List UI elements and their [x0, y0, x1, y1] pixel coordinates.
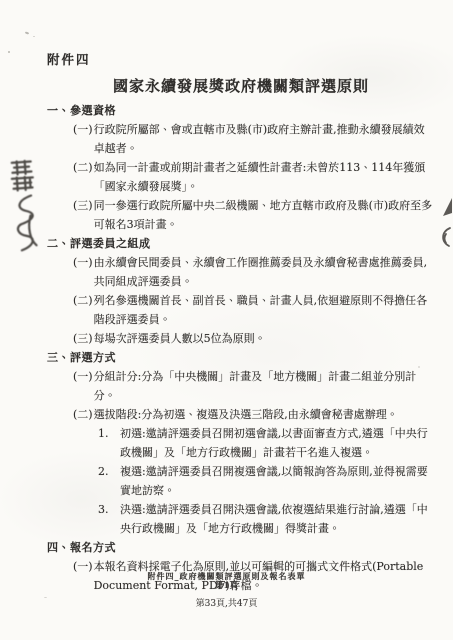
item-text: 如為同一計畫或前期計畫者之延續性計畫者:未曾於113、114年獲頒「國家永續發展…: [94, 158, 435, 196]
item-marker: (一): [73, 253, 93, 272]
item-text: 列名參選機關首長、副首長、職員、計畫人員,依迴避原則不得擔任各階段評選委員。: [94, 291, 435, 329]
numbered-item: 1. 初選:邀請評選委員召開初選會議,以書面審查方式,遴選「中央行政機關」及「地…: [98, 424, 435, 462]
item-text: 複選:邀請評選委員召開複選會議,以簡報詢答為原則,並得視需要實地訪察。: [120, 462, 435, 500]
item-text: 分組計分:分為「中央機關」計畫及「地方機關」計畫二組並分別計分。: [94, 367, 435, 405]
item-text: 同一參選行政院所屬中央二級機關、地方直轄市政府及縣(市)政府至多可報名3項計畫。: [94, 196, 435, 234]
item-marker: (二): [73, 405, 93, 424]
numbered-item: 2. 複選:邀請評選委員召開複選會議,以簡報詢答為原則,並得視需要實地訪察。: [98, 462, 435, 500]
item-marker: 1.: [98, 424, 119, 443]
item-marker: 2.: [98, 462, 119, 481]
footer-pagination: 第33頁,共47頁: [0, 599, 453, 610]
item-text: 選拔階段:分為初選、複選及決選三階段,由永續會秘書處辦理。: [94, 405, 435, 424]
footer-document-label: 附件四_政府機關類評選原則及報名表單: [0, 571, 453, 581]
section-heading-4: 四、報名方式: [47, 538, 435, 557]
item-text: 由永續會民間委員、永續會工作圈推薦委員及永續會秘書處推薦委員,共同組成評選委員。: [94, 253, 435, 291]
scan-speck: [8, 51, 10, 53]
list-item: (二) 列名參選機關首長、副首長、職員、計畫人員,依迴避原則不得擔任各階段評選委…: [73, 291, 435, 329]
scan-speck: [33, 36, 35, 37]
section-heading-3: 三、評選方式: [47, 348, 435, 367]
item-marker: (一): [73, 367, 93, 386]
item-marker: (二): [73, 158, 93, 177]
footer-page-number: 第1頁: [0, 581, 453, 592]
item-text: 決選:邀請評選委員召開決選會議,依複選結果進行討論,遴選「中央行政機關」及「地方…: [120, 500, 435, 538]
list-item: (二) 如為同一計畫或前期計畫者之延續性計畫者:未曾於113、114年獲頒「國家…: [73, 158, 435, 196]
section-heading-2: 二、評選委員之組成: [47, 234, 435, 253]
list-item: (三) 每場次評選委員人數以5位為原則。: [73, 329, 435, 348]
ink-stamp-edge-icon: [437, 196, 453, 258]
section-heading-1: 一、參選資格: [47, 101, 435, 120]
list-item: (一) 行政院所屬部、會或直轄市及縣(市)政府主辦計畫,推動永續發展績效卓越者。: [73, 120, 435, 158]
document-title: 國家永續發展獎政府機關類評選原則: [47, 75, 435, 97]
page-footer: 附件四_政府機關類評選原則及報名表單 第1頁 第33頁,共47頁: [0, 571, 453, 610]
item-marker: (三): [73, 196, 93, 215]
scan-speck: [418, 366, 420, 368]
item-marker: (三): [73, 329, 93, 348]
list-item: (一) 分組計分:分為「中央機關」計畫及「地方機關」計畫二組並分別計分。: [73, 367, 435, 405]
ink-stamp-icon: [2, 157, 47, 261]
item-text: 行政院所屬部、會或直轄市及縣(市)政府主辦計畫,推動永續發展績效卓越者。: [94, 120, 435, 158]
scanned-document-page: 附件四 國家永續發展獎政府機關類評選原則 一、參選資格 (一) 行政院所屬部、會…: [0, 0, 453, 640]
item-marker: (二): [73, 291, 93, 310]
list-item: (三) 同一參選行政院所屬中央二級機關、地方直轄市政府及縣(市)政府至多可報名3…: [73, 196, 435, 234]
list-item: (一) 由永續會民間委員、永續會工作圈推薦委員及永續會秘書處推薦委員,共同組成評…: [73, 253, 435, 291]
list-item: (二) 選拔階段:分為初選、複選及決選三階段,由永續會秘書處辦理。: [73, 405, 435, 424]
item-marker: (一): [73, 120, 93, 139]
item-text: 每場次評選委員人數以5位為原則。: [94, 329, 435, 348]
attachment-label: 附件四: [47, 50, 435, 69]
numbered-item: 3. 決選:邀請評選委員召開決選會議,依複選結果進行討論,遴選「中央行政機關」及…: [98, 500, 435, 538]
item-text: 初選:邀請評選委員召開初選會議,以書面審查方式,遴選「中央行政機關」及「地方行政…: [120, 424, 435, 462]
item-marker: 3.: [98, 500, 119, 519]
document-body: 附件四 國家永續發展獎政府機關類評選原則 一、參選資格 (一) 行政院所屬部、會…: [0, 0, 453, 595]
